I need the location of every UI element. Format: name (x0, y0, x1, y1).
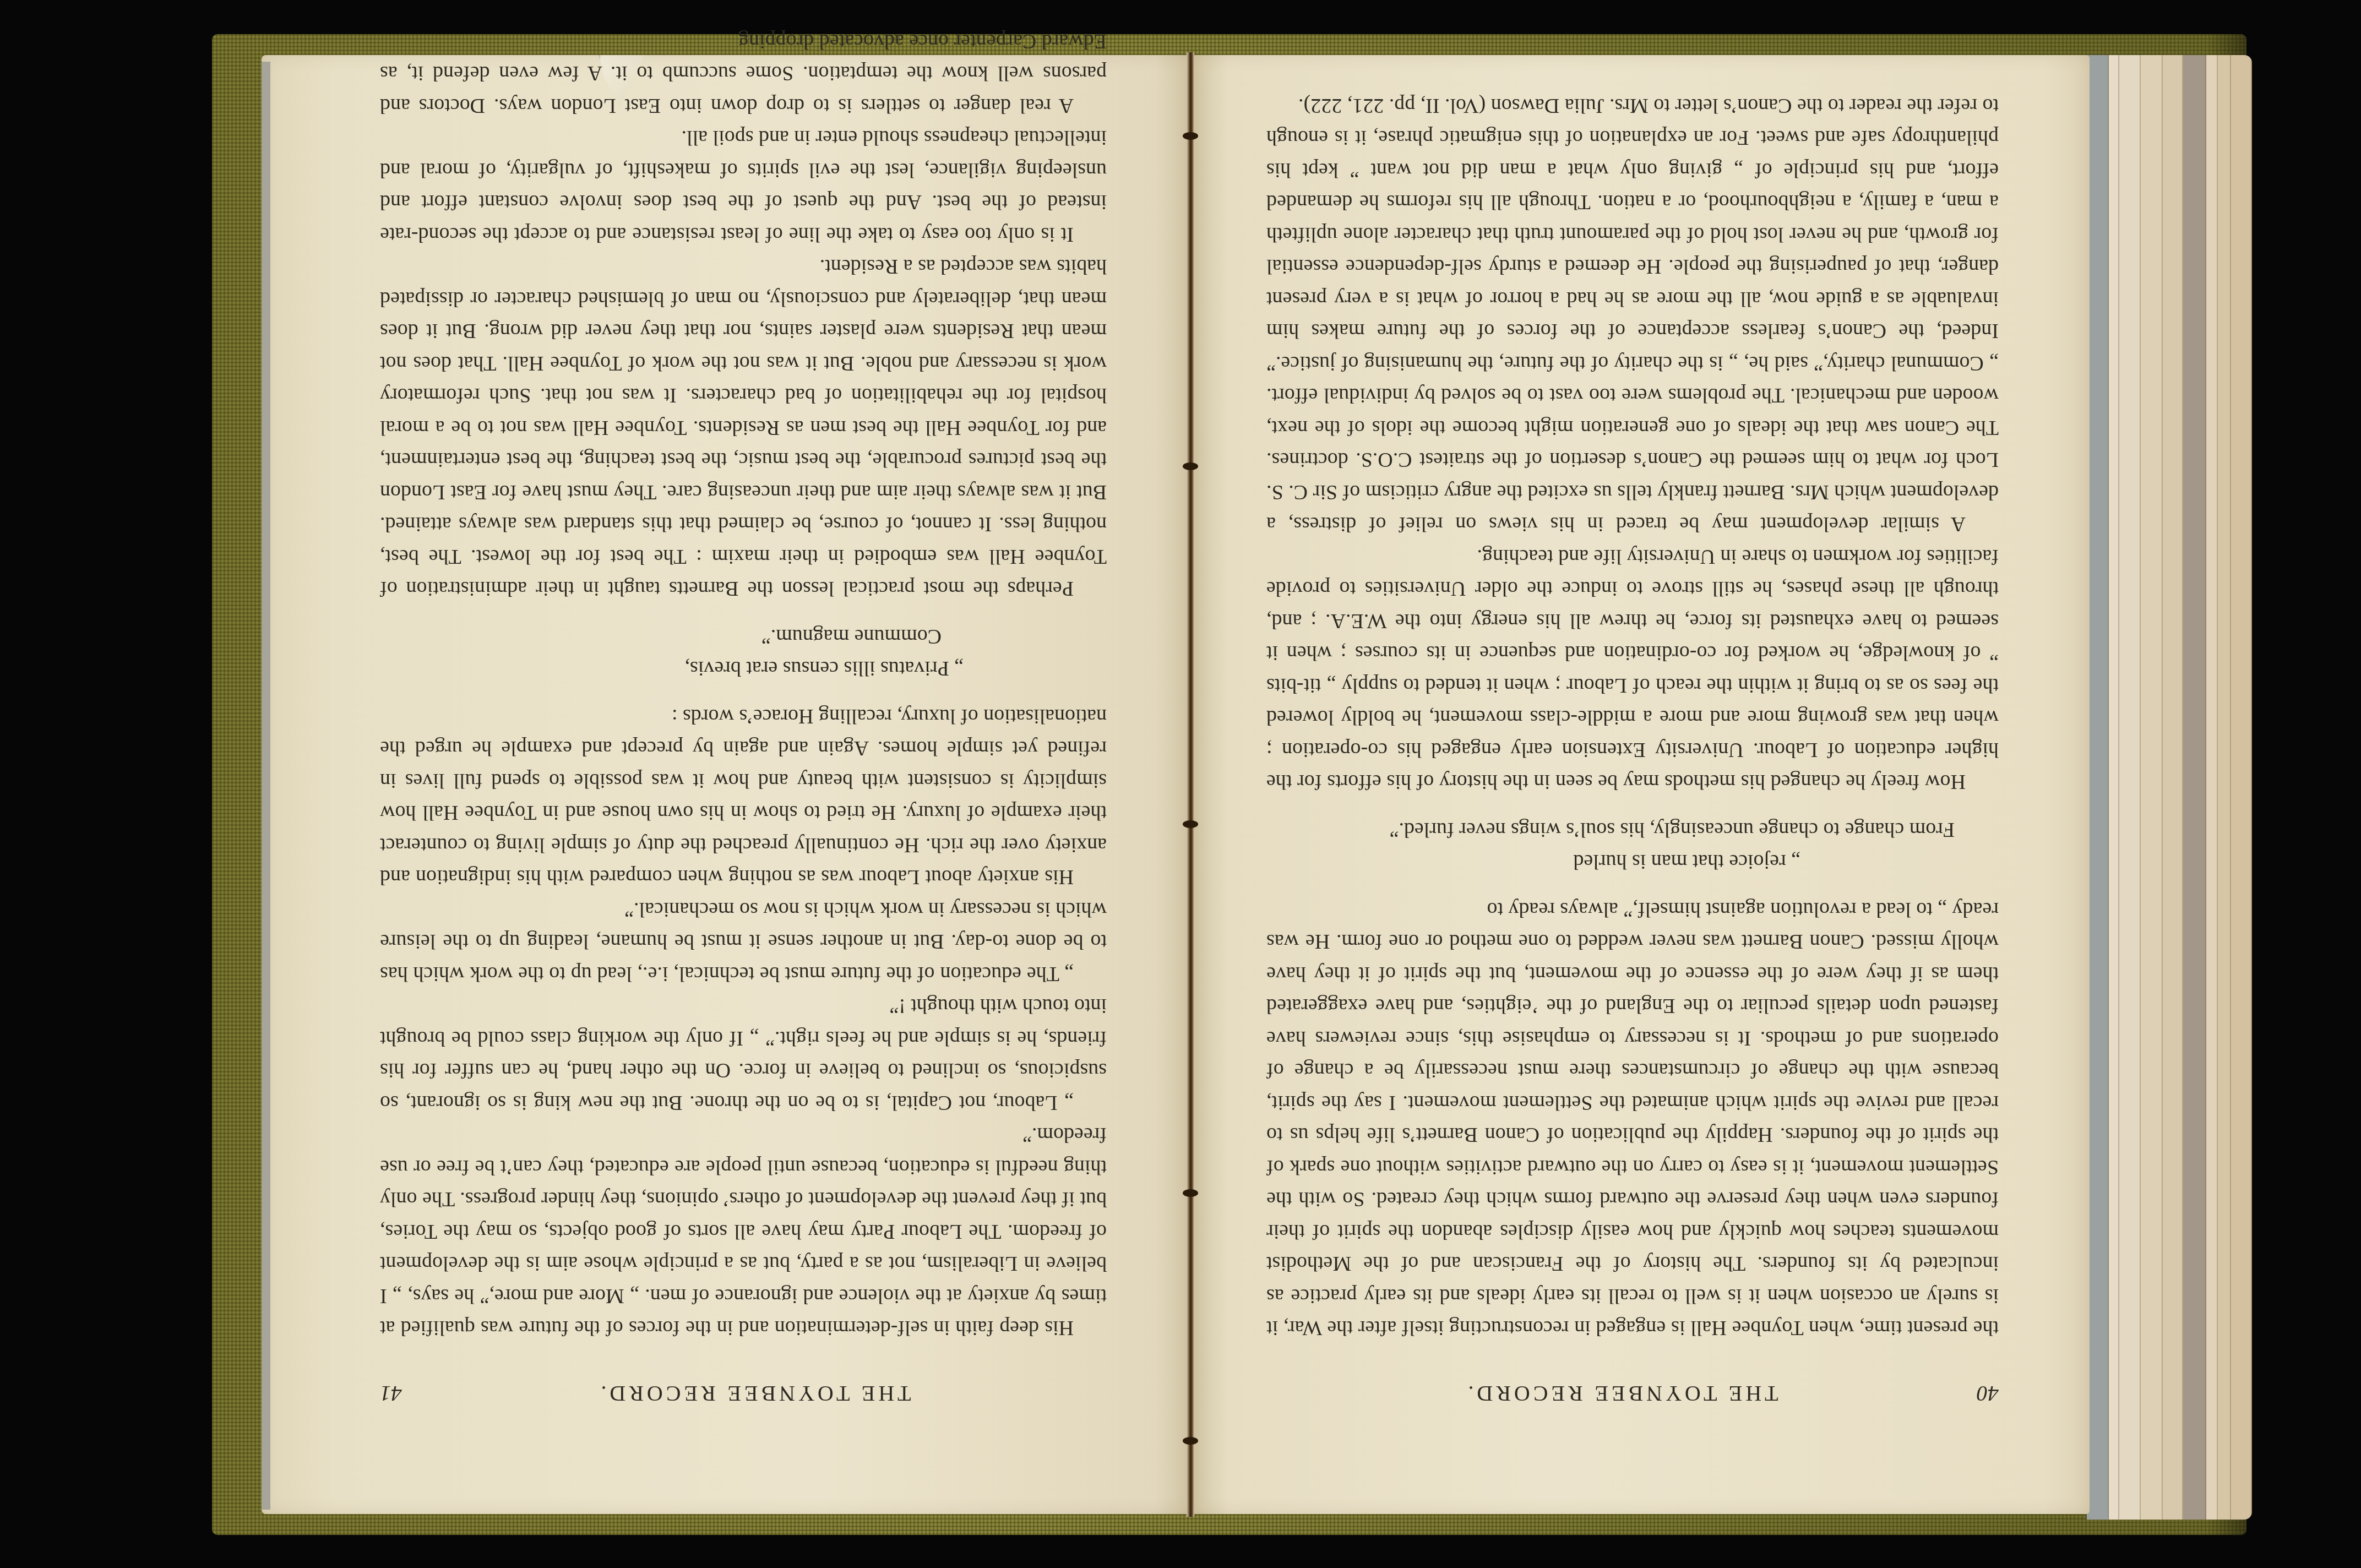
page-edge (2231, 55, 2252, 1520)
running-head-title: THE TOYNBEE RECORD. (1266, 1378, 1977, 1410)
running-head: 40 THE TOYNBEE RECORD. (1266, 1378, 1999, 1410)
quotation-line: From change to change unceasingly, his s… (1266, 814, 1999, 846)
page-edge (2218, 55, 2232, 1520)
page-edge-gray (2087, 55, 2109, 1520)
binding-stitch (1183, 462, 1198, 470)
page-edge (2163, 55, 2184, 1520)
spine-gutter-thread (1187, 52, 1194, 1517)
page-41-text: THE TOYNBEE RECORD. 41 His deep faith in… (380, 209, 1107, 1409)
page-edge (2141, 55, 2163, 1520)
paragraph: the present time, when Toynbee Hall is e… (1266, 894, 1999, 1344)
running-head-title: THE TOYNBEE RECORD. (402, 1378, 1107, 1410)
running-head: THE TOYNBEE RECORD. 41 (380, 1378, 1107, 1410)
page-edge (2119, 55, 2141, 1520)
page-edge (2109, 55, 2119, 1520)
paragraph: How freely he changed his methods may be… (1266, 541, 1999, 798)
verse-quotation: „ rejoice that man is hurled From change… (1266, 814, 1999, 878)
paragraph: A similar development may be traced in h… (1266, 90, 1999, 541)
page-40-text: 40 THE TOYNBEE RECORD. the present time,… (1266, 209, 1999, 1409)
page-edge-taupe (2183, 55, 2206, 1520)
paragraph: „ Labour, not Capital, is to be on the t… (380, 990, 1107, 1119)
quotation-line: Commune magnum.” (380, 620, 1107, 653)
page-edge-stack (2087, 55, 2252, 1520)
latin-quotation: „ Privatus illis census erat brevis, Com… (380, 620, 1107, 685)
page-number: 41 (380, 1378, 402, 1410)
page-number: 40 (1977, 1378, 1999, 1410)
quotation-line: „ Privatus illis census erat brevis, (380, 652, 1107, 685)
page-edge (2206, 55, 2218, 1520)
quotation-line: „ rejoice that man is hurled (1266, 846, 1999, 878)
binding-stitch (1183, 1437, 1198, 1445)
binding-stitch (1183, 132, 1198, 140)
paragraph: Perhaps the most practical lesson the Ba… (380, 251, 1107, 605)
paragraph: His deep faith in self-determination and… (380, 1119, 1107, 1344)
paragraph: It is only too easy to take the line of … (380, 122, 1107, 251)
paragraph: „ The education of the future must be te… (380, 894, 1107, 990)
paragraph: A real danger to settlers is to drop dow… (380, 25, 1107, 122)
endpaper-edge (262, 62, 270, 1510)
binding-stitch (1183, 820, 1198, 828)
binding-stitch (1183, 1189, 1198, 1197)
paragraph: His anxiety about Labour was as nothing … (380, 700, 1107, 894)
